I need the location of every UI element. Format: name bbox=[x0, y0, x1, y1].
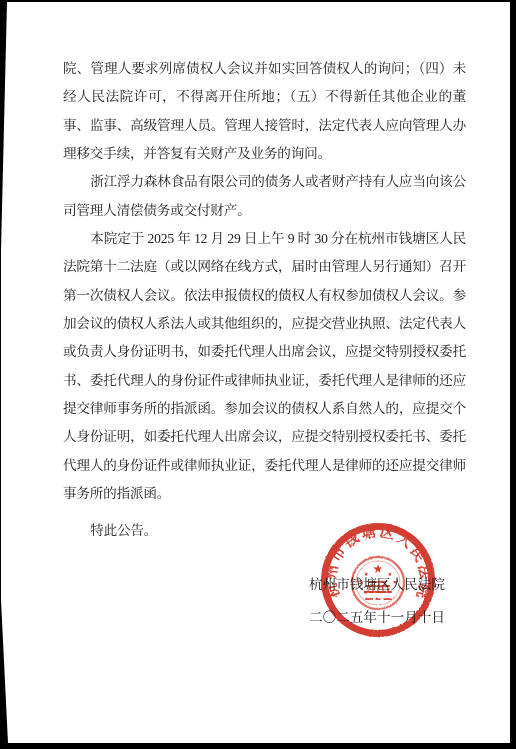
paragraph-obligations: 院、管理人要求列席债权人会议并如实回答债权人的询问；（四）未经人民法院许可，不得… bbox=[63, 55, 466, 168]
signature-date: 二〇二五年十一月十日 bbox=[308, 601, 446, 634]
paragraph-debtors-notice: 浙江浮力森林食品有限公司的债务人或者财产持有人应当向该公司管理人清偿债务或交付财… bbox=[63, 168, 466, 225]
signature-court-name: 杭州市钱塘区人民法院 bbox=[308, 568, 446, 601]
signature-block: 杭州市钱塘区人民法院 二〇二五年十一月十日 bbox=[308, 568, 446, 634]
paragraph-creditors-meeting: 本院定于 2025 年 12 月 29 日上午 9 时 30 分在杭州市钱塘区人… bbox=[63, 225, 466, 508]
announcement-body: 院、管理人要求列席债权人会议并如实回答债权人的询问；（四）未经人民法院许可，不得… bbox=[63, 55, 466, 545]
scanned-page: 院、管理人要求列席债权人会议并如实回答债权人的询问；（四）未经人民法院许可，不得… bbox=[0, 0, 516, 749]
